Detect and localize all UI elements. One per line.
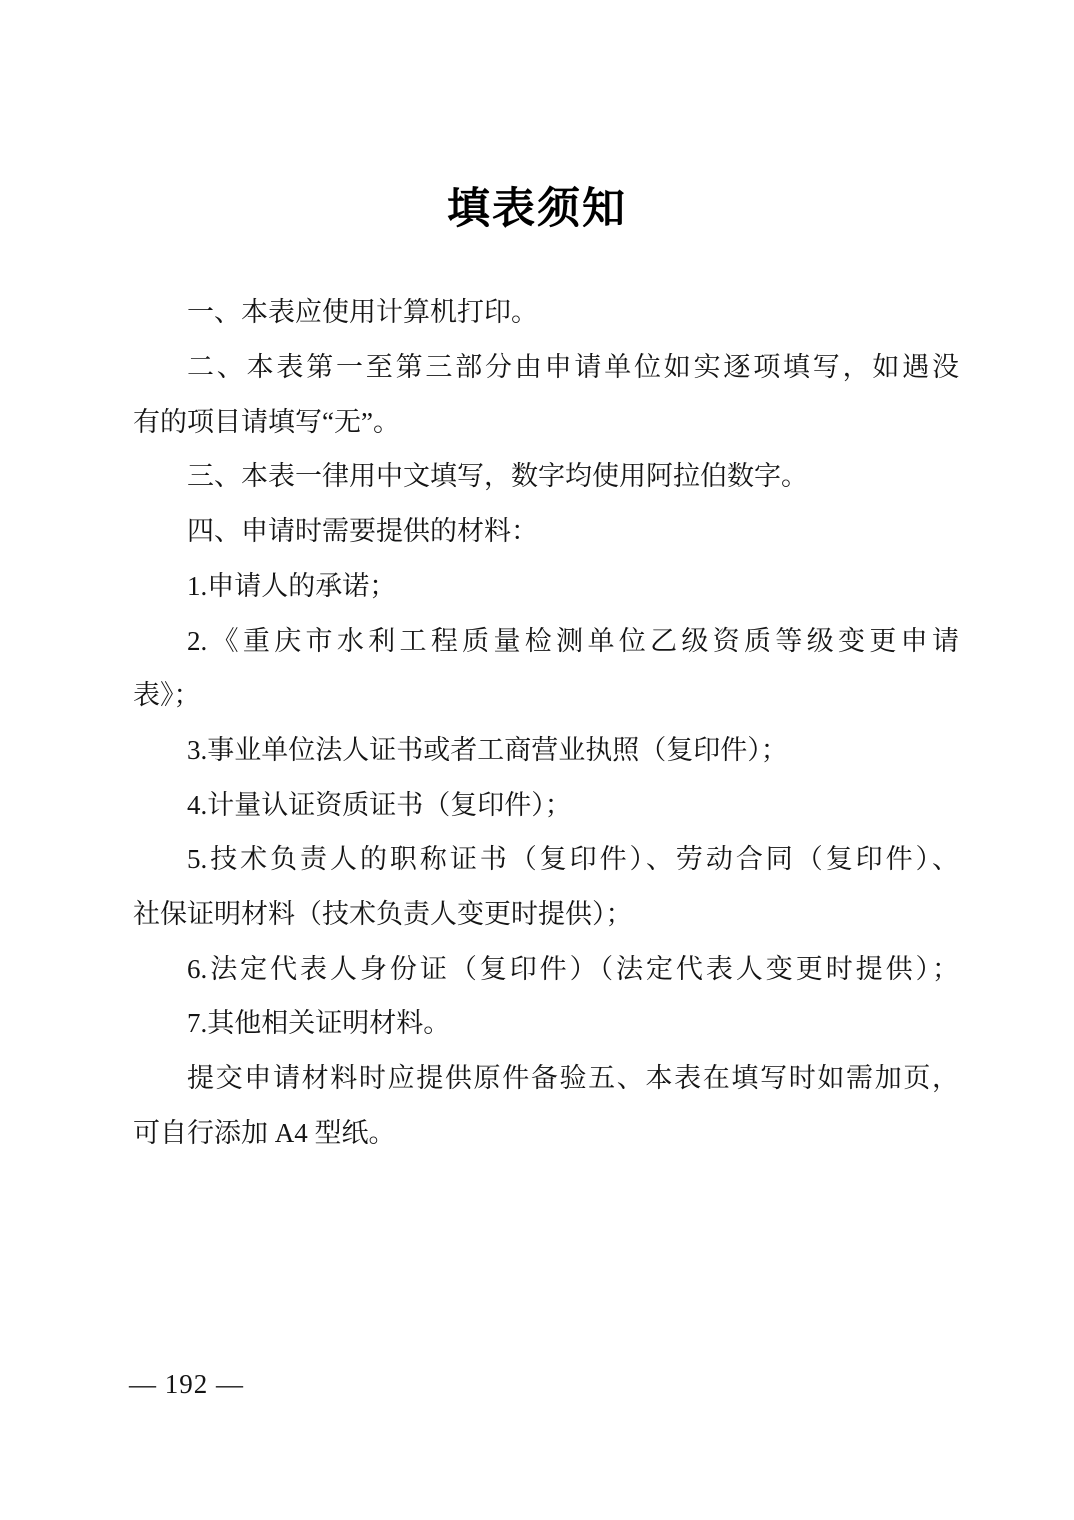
text-line: 三、本表一律用中文填写，数字均使用阿拉伯数字。 <box>133 449 959 504</box>
text-line: 7.其他相关证明材料。 <box>133 996 959 1051</box>
text-line: 5.技术负责人的职称证书（复印件）、劳动合同（复印件）、 <box>133 832 959 887</box>
text-line: 二、本表第一至第三部分由申请单位如实逐项填写，如遇没 <box>133 340 959 395</box>
text-line: 一、本表应使用计算机打印。 <box>133 285 959 340</box>
text-line: 社保证明材料（技术负责人变更时提供）； <box>133 887 959 942</box>
text-line: 表》； <box>133 668 959 723</box>
text-line: 提交申请材料时应提供原件备验五、本表在填写时如需加页， <box>133 1051 959 1106</box>
document-page: 填表须知 一、本表应使用计算机打印。 二、本表第一至第三部分由申请单位如实逐项填… <box>0 0 1074 1520</box>
text-line: 可自行添加 A4 型纸。 <box>133 1106 959 1161</box>
page-number: — 192 — <box>129 1369 244 1400</box>
text-line: 1.申请人的承诺； <box>133 559 959 614</box>
text-line: 6.法定代表人身份证（复印件）（法定代表人变更时提供）； <box>133 942 959 997</box>
text-line: 四、申请时需要提供的材料： <box>133 504 959 559</box>
text-line: 3.事业单位法人证书或者工商营业执照（复印件）； <box>133 723 959 778</box>
text-line: 有的项目请填写“无”。 <box>133 395 959 450</box>
page-title: 填表须知 <box>0 0 1074 233</box>
document-body: 一、本表应使用计算机打印。 二、本表第一至第三部分由申请单位如实逐项填写，如遇没… <box>133 285 959 1160</box>
text-line: 4.计量认证资质证书（复印件）； <box>133 778 959 833</box>
text-line: 2.《重庆市水利工程质量检测单位乙级资质等级变更申请 <box>133 614 959 669</box>
